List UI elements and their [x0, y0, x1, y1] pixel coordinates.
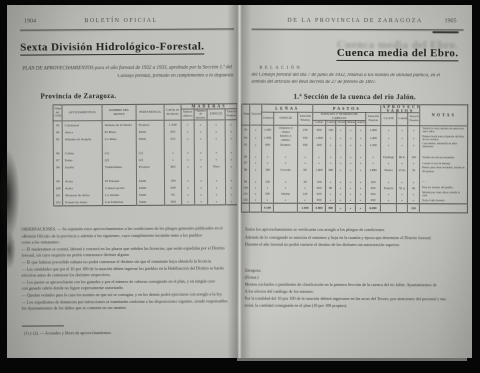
col-nombre-monte: NOMBRE DEL MONTE — [102, 104, 136, 121]
table-cell: Vedada la caza; subasta de pastos por ci… — [420, 126, 468, 135]
table-row: 4.1001.0404.900490»»»6.690210 — [241, 203, 467, 213]
table-cell: 1.000 — [313, 134, 326, 142]
right-page: DE LA PROVINCIA DE ZARAGOZA 1905 Cuenca … — [237, 5, 472, 358]
table-cell: 102 — [54, 199, 63, 207]
table-cell — [249, 203, 261, 212]
right-closing-block: Zaragoza.(Firma.)Montes excluidos o pend… — [245, 267, 467, 310]
table-cell: 4.100 — [261, 203, 273, 212]
table-cell: 98 — [53, 164, 62, 171]
col-numero-arboles: Número de árboles — [194, 109, 207, 121]
table-cell: » — [194, 128, 207, 135]
table-cell: » — [181, 135, 194, 142]
table-cell — [53, 143, 62, 150]
table-cell: » — [397, 126, 408, 135]
left-table-body: 93CalatayudDehesa de la SierraPropios1.4… — [53, 120, 238, 206]
table-cell: 4.900 — [312, 204, 325, 213]
table-cell: 101 — [54, 192, 63, 199]
col-tasacion-lead: Tasación — [250, 104, 262, 125]
table-cell: 1.040 — [297, 203, 312, 212]
right-notes-block: Todos los aprovechamientos se verificará… — [245, 226, 467, 249]
table-cell: 490 — [325, 204, 335, 213]
right-table-body: 93»1.000Chaparro y estepa250800100»»»1.0… — [241, 125, 467, 204]
table-row: 102Pozuel de ArizaLas UmbríasIdem300»»»» — [54, 198, 238, 207]
relacion-line-1: del Consejo forestal del día 7 de junio … — [251, 73, 465, 79]
scanned-document-photo: { "left_page": { "page_number": "1904", … — [0, 0, 480, 373]
table-cell: 100 — [326, 125, 336, 134]
table-cell: 350 — [298, 134, 313, 142]
table-cell: » — [182, 191, 195, 198]
table-cell: 97 — [53, 157, 62, 164]
group-lenas: LEÑAS — [262, 104, 313, 112]
plan-line-1: PLAN DE APROVECHAMIENTOS para el año for… — [22, 65, 234, 71]
col-tasacion-pastos: Tasación Pesetas — [366, 113, 381, 126]
left-table: Número del Catálogo AYUNTAMIENTOS NOMBRE… — [53, 103, 239, 207]
section-title: 1.ª Sección de la cuenca del río Jalón. — [237, 93, 472, 102]
table-cell: » — [356, 125, 366, 134]
left-running-head: BOLETÍN OFICIAL — [6, 17, 236, 24]
table-cell: » — [355, 204, 365, 213]
col-cabida: Cabida en hectáreas — [164, 104, 181, 120]
table-cell — [380, 204, 396, 213]
table-cell: 210 — [407, 204, 419, 213]
table-cell: 100 — [54, 185, 63, 192]
table-cell: » — [195, 198, 208, 206]
table-cell: » — [181, 177, 194, 184]
page-edge-highlight — [237, 358, 467, 361]
table-cell: Chaparro y estepa — [274, 125, 298, 134]
table-cell: » — [250, 134, 262, 142]
observaciones-block: OBSERVACIONES. — Se sujetarán estos apro… — [21, 225, 236, 312]
text-line: terial, la cantidad consignada en el pla… — [245, 302, 467, 310]
scan-blotch-artifact-2 — [2, 230, 16, 270]
table-cell: » — [381, 126, 397, 135]
table-cell — [53, 171, 62, 178]
right-table-totals: 4.1001.0404.900490»»»6.690210 — [241, 203, 467, 213]
col-clase: CLASE — [381, 113, 397, 126]
table-cell: Enebro y romero — [274, 134, 298, 142]
left-head-rule — [20, 28, 234, 30]
right-head-bar — [433, 31, 459, 33]
table-cell: » — [336, 134, 346, 142]
table-cell: » — [381, 134, 397, 142]
table-cell: » — [336, 125, 346, 134]
table-cell: Las Umbrías — [103, 198, 137, 206]
col-ayuntamientos: AYUNTAMIENTOS — [62, 105, 102, 122]
table-cell: » — [194, 120, 207, 128]
right-page-number: 1905 — [445, 18, 457, 24]
col-pertenencia: PERTENENCIA — [136, 104, 164, 121]
col-especies-cabezas: ESPECIES Y NÚMERO DE CABEZAS — [313, 113, 366, 121]
col-estereos: Estéreos — [262, 112, 274, 125]
group-notas: NOTAS — [420, 105, 468, 126]
table-cell: » — [397, 134, 408, 142]
scan-blotch-artifact — [0, 148, 20, 243]
table-cell: 300 — [165, 198, 182, 206]
table-cell — [273, 203, 297, 212]
left-page-content: 1904 BOLETÍN OFICIAL Sexta División Hidr… — [6, 4, 238, 358]
table-cell: » — [181, 128, 194, 135]
spine-gutter-shadow — [227, 5, 251, 358]
text-line: Durante el año forestal no podrá variars… — [245, 241, 467, 249]
table-cell — [181, 170, 194, 177]
table-cell — [396, 204, 407, 213]
plan-line-2: Consejo forestal, formado en cumplimient… — [76, 73, 234, 79]
right-page-title: Cuenca media del Ebro. — [337, 47, 459, 61]
table-cell: » — [181, 149, 194, 156]
table-cell: » — [182, 198, 195, 206]
group-aprovechamientos-varios: APROVECHAMIENTOS VARIOS — [381, 105, 420, 113]
right-table-header: Número Tasación LEÑAS PASTOS APROVECHAMI… — [242, 104, 468, 126]
table-cell: » — [408, 134, 420, 142]
table-cell: » — [408, 126, 420, 135]
col-tasacion-varios: Tasación Pesetas — [408, 113, 420, 126]
table-cell: 1.400 — [262, 134, 274, 142]
book-spread: 1904 BOLETÍN OFICIAL Sexta División Hidr… — [7, 5, 472, 358]
col-numero-catalogo: Número del Catálogo — [53, 105, 62, 121]
text-line: los Ayuntamientos de los daños que se co… — [22, 304, 236, 312]
col-tasacion-lenas: Tasación Pesetas — [298, 112, 313, 125]
table-cell: 250 — [298, 125, 313, 134]
table-cell: » — [346, 125, 356, 134]
table-cell: 1.400 — [366, 134, 381, 142]
table-cell: Pozuel de Ariza — [63, 198, 103, 206]
table-cell: » — [346, 134, 356, 142]
table-cell — [181, 142, 194, 149]
relacion-line-2: sentido del artículo del Real decreto de… — [251, 80, 431, 86]
col-especie-lenas: ESPECIE — [274, 112, 298, 125]
table-cell: » — [181, 163, 194, 170]
table-cell — [419, 204, 467, 213]
table-cell: 93 — [53, 121, 62, 129]
table-cell: 800 — [313, 125, 326, 134]
table-cell: 1.000 — [262, 125, 274, 134]
table-cell: Dehesa boyal para el ganado de labor de … — [420, 134, 468, 142]
table-cell: 1.000 — [366, 126, 381, 135]
left-page: 1904 BOLETÍN OFICIAL Sexta División Hidr… — [7, 5, 237, 358]
table-cell: 95 — [53, 136, 62, 143]
table-cell: » — [181, 156, 194, 163]
relacion-label: RELACIÓN — [259, 65, 302, 70]
table-cell: » — [326, 134, 336, 142]
col-metros-cubicos: Metros cúbicos — [181, 109, 194, 121]
table-cell: » — [250, 125, 262, 134]
table-cell: Idem — [137, 198, 165, 206]
right-running-head: DE LA PROVINCIA DE ZARAGOZA — [238, 18, 473, 25]
province-heading: Provincia de Zaragoza. — [40, 92, 116, 100]
table-cell: » — [182, 184, 195, 191]
table-cell: » — [208, 198, 226, 206]
group-pastos: PASTOS — [313, 104, 381, 112]
table-cell: » — [356, 134, 366, 142]
left-table-header: Número del Catálogo AYUNTAMIENTOS NOMBRE… — [53, 104, 237, 121]
right-head-rule — [252, 29, 464, 31]
left-page-title: Sexta División Hidrológico-Forestal. — [20, 40, 204, 55]
table-cell: 99 — [53, 178, 62, 185]
table-cell: Propios — [136, 121, 164, 129]
table-cell: » — [345, 204, 355, 213]
right-page-content: DE LA PROVINCIA DE ZARAGOZA 1905 Cuenca … — [236, 5, 472, 359]
table-cell: 1.430 — [164, 121, 181, 129]
footnote: (1) y (2). — Acotados y libres de aprove… — [24, 330, 112, 336]
table-cell: 96 — [53, 150, 62, 157]
table-cell: » — [335, 204, 345, 213]
table-cell: 94 — [53, 129, 62, 136]
footnote-rule — [22, 325, 64, 326]
right-table: Número Tasación LEÑAS PASTOS APROVECHAMI… — [241, 104, 468, 214]
table-cell: » — [181, 120, 194, 128]
col-cantidad: Cantidad — [397, 113, 408, 126]
col-especie: ESPECIE — [207, 108, 225, 120]
table-cell: » — [207, 120, 225, 128]
table-cell: 6.690 — [365, 204, 380, 213]
